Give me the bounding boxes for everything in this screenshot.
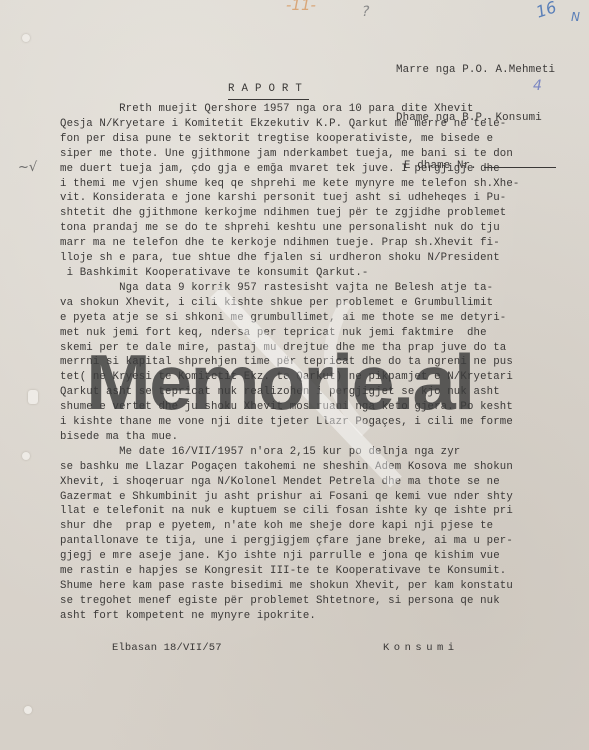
handwritten-letter: N: [571, 10, 580, 24]
report-line: lloje sh e para, tue shtue dhe fjalen si…: [60, 251, 519, 266]
signature-place-date: Elbasan 18/VII/57: [112, 641, 222, 657]
report-line: shtetit dhe gjithmone kerkojme ndihmen t…: [60, 206, 519, 221]
handwritten-question-mark: ?: [362, 4, 369, 20]
signature-name: Konsumi: [383, 641, 459, 657]
report-line: vit. Konsiderata e jone karshi personit …: [60, 191, 519, 206]
report-line: va shokun Xhevit, i cili kishte shkue pe…: [60, 296, 519, 311]
paper-tear: [28, 390, 38, 404]
report-line: Qesja N/Kryetare i Komitetit Ekzekutiv K…: [60, 117, 519, 132]
report-line: me duert tueja jam, çdo gja e emğa mvare…: [60, 162, 519, 177]
report-line: Shume here kam pase raste bisedimi me sh…: [60, 579, 519, 594]
report-line: gjegj e mre aseje jane. Kjo ishte nji pa…: [60, 549, 519, 564]
document-page: -11- ? 16 N 4 ~√ Marre nga P.O. A.Mehmet…: [0, 0, 589, 750]
report-line: tona prandaj me se do te shprehi keshtu …: [60, 221, 519, 236]
report-line: llat e telefonit na nuk e kuptuem se cil…: [60, 504, 519, 519]
report-line: asht fort kompetent ne mynyre ipokrite.: [60, 609, 519, 624]
report-line: fon per disa pune te sektorit tregtise k…: [60, 132, 519, 147]
report-line: se tregohet menef egiste për problemet S…: [60, 594, 519, 609]
punch-hole: [24, 706, 32, 714]
header-line-received: Marre nga P.O. A.Mehmeti: [396, 62, 556, 78]
handwritten-mark-top: -11-: [286, 0, 316, 14]
report-line: pantallonave te tija, une i pergjigjem ç…: [60, 534, 519, 549]
report-line: Xhevit, i shoqeruar nga N/Kolonel Mendet…: [60, 475, 519, 490]
report-line: Me date 16/VII/1957 n'ora 2,15 kur po de…: [60, 445, 519, 460]
report-line: Gazermat e Shkumbinit ju asht prishur ai…: [60, 490, 519, 505]
punch-hole: [22, 452, 30, 460]
report-line: bisede ma tha mue.: [60, 430, 519, 445]
report-line: marr ma ne telefon dhe te kerkoje ndihme…: [60, 236, 519, 251]
report-line: Nga data 9 korrik 957 rastesisht vajta n…: [60, 281, 519, 296]
report-line: se bashku me Llazar Pogaçen takohemi ne …: [60, 460, 519, 475]
report-line: siper me thote. Une gjithmone jam nderka…: [60, 147, 519, 162]
punch-hole: [22, 34, 30, 42]
document-title: RAPORT: [228, 82, 309, 100]
handwritten-page-number: 16: [534, 0, 559, 22]
report-line: i Bashkimit Kooperativave te konsumit Qa…: [60, 266, 519, 281]
report-line: Rreth muejit Qershore 1957 nga ora 10 pa…: [60, 102, 519, 117]
report-line: shur dhe prap e pyetem, n'ate koh me she…: [60, 519, 519, 534]
handwritten-margin-mark: ~√: [18, 160, 37, 175]
watermark-logo: Memorie.al: [86, 343, 473, 421]
report-line: i themi me vjen shume keq qe shprehi me …: [60, 177, 519, 192]
report-line: me rastin e hapjes se Kongresit III-te t…: [60, 564, 519, 579]
report-line: e pyeta atje se si shkoni me grumbullime…: [60, 311, 519, 326]
